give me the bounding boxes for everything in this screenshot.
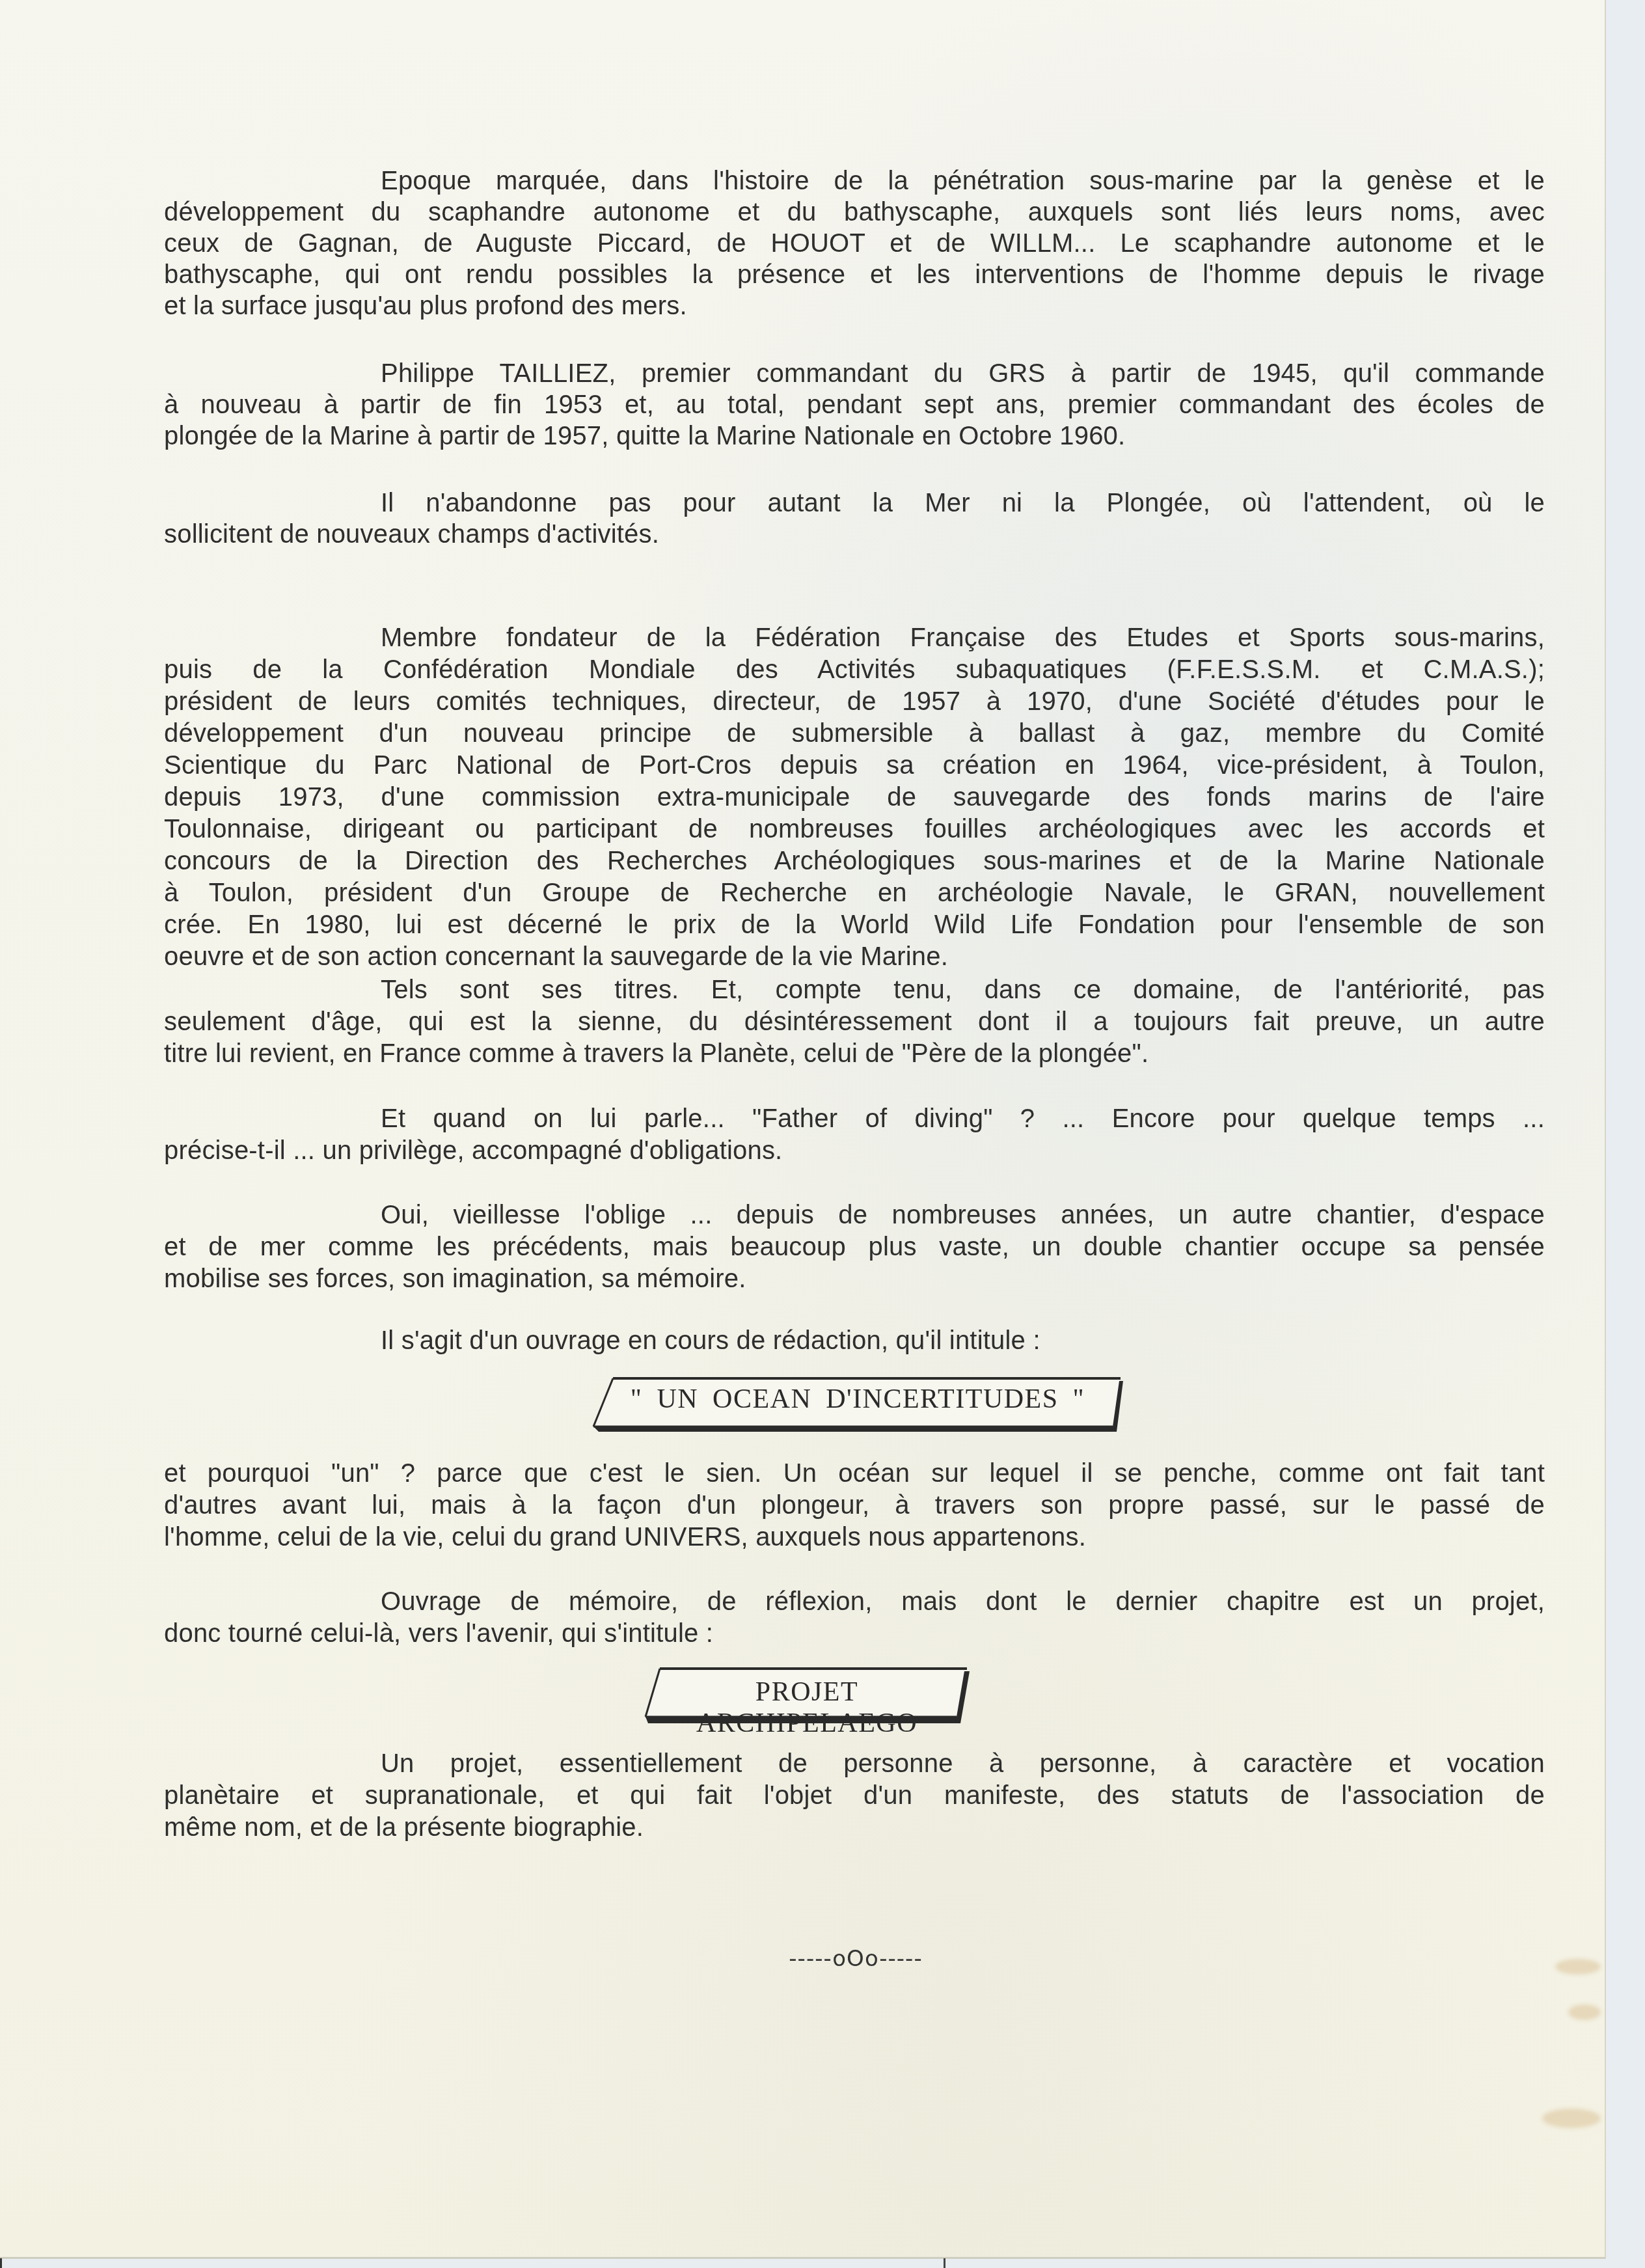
text-line: mobilise ses forces, son imagination, sa… <box>164 1263 1545 1294</box>
text-line: donc tourné celui-là, vers l'avenir, qui… <box>164 1618 1545 1649</box>
boxed-title-ocean-label: " UN OCEAN D'INCERTITUDES " <box>591 1384 1124 1415</box>
text-line: président de leurs comités techniques, d… <box>164 686 1545 717</box>
text-line: précise-t-il ... un privilège, accompagn… <box>164 1135 1545 1166</box>
text-line: d'autres avant lui, mais à la façon d'un… <box>164 1490 1545 1521</box>
text-line: et la surface jusqu'au plus profond des … <box>164 290 1545 321</box>
text-line: Toulonnaise, dirigeant ou participant de… <box>164 813 1545 845</box>
text-line: et de mer comme les précédents, mais bea… <box>164 1231 1545 1263</box>
text-line: Membre fondateur de la Fédération França… <box>381 622 1545 653</box>
text-line: Oui, vieillesse l'oblige ... depuis de n… <box>381 1199 1545 1231</box>
text-line: Il n'abandonne pas pour autant la Mer ni… <box>381 487 1545 519</box>
text-line: titre lui revient, en France comme à tra… <box>164 1038 1545 1069</box>
text-line: Et quand on lui parle... "Father of divi… <box>381 1103 1545 1134</box>
text-line: bathyscaphe, qui ont rendu possibles la … <box>164 259 1545 290</box>
paper-stain <box>1568 2004 1601 2020</box>
text-line: Ouvrage de mémoire, de réflexion, mais d… <box>381 1586 1545 1617</box>
text-line: à nouveau à partir de fin 1953 et, au to… <box>164 389 1545 420</box>
text-line: depuis 1973, d'une commission extra-muni… <box>164 782 1545 813</box>
scanned-page: Epoque marquée, dans l'histoire de la pé… <box>0 0 1606 2259</box>
text-line: crée. En 1980, lui est décerné le prix d… <box>164 909 1545 940</box>
text-line: Il s'agit d'un ouvrage en cours de rédac… <box>381 1325 1040 1356</box>
text-line: développement du scaphandre autonome et … <box>164 197 1545 228</box>
boxed-title-projet: PROJET ARCHIPELAEGO <box>643 1665 971 1723</box>
boxed-title-ocean: " UN OCEAN D'INCERTITUDES " <box>591 1374 1124 1430</box>
text-line: puis de la Confédération Mondiale des Ac… <box>164 654 1545 685</box>
text-line: développement d'un nouveau principe de s… <box>164 718 1545 749</box>
text-line: oeuvre et de son action concernant la sa… <box>164 941 1545 972</box>
section-divider: -----oOo----- <box>761 1946 950 1972</box>
scan-edge-mark <box>944 2258 945 2268</box>
text-line: Un projet, essentiellement de personne à… <box>381 1748 1545 1779</box>
text-line: et pourquoi "un" ? parce que c'est le si… <box>164 1458 1545 1489</box>
text-line: concours de la Direction des Recherches … <box>164 845 1545 877</box>
text-line: à Toulon, président d'un Groupe de Reche… <box>164 877 1545 909</box>
text-line: Scientique du Parc National de Port-Cros… <box>164 750 1545 781</box>
text-line: Epoque marquée, dans l'histoire de la pé… <box>381 165 1545 197</box>
text-line: même nom, et de la présente biographie. <box>164 1812 1545 1843</box>
paper-stain <box>1542 2109 1601 2128</box>
text-line: l'homme, celui de la vie, celui du grand… <box>164 1522 1545 1553</box>
text-line: Tels sont ses titres. Et, compte tenu, d… <box>381 974 1545 1005</box>
paper-stain <box>1555 1959 1601 1974</box>
text-line: Philippe TAILLIEZ, premier commandant du… <box>381 358 1545 389</box>
text-line: planètaire et supranationale, et qui fai… <box>164 1780 1545 1811</box>
text-line: plongée de la Marine à partir de 1957, q… <box>164 420 1545 452</box>
text-line: seulement d'âge, qui est la sienne, du d… <box>164 1006 1545 1037</box>
scan-edge-mark <box>0 2258 2 2268</box>
boxed-title-projet-label: PROJET ARCHIPELAEGO <box>643 1676 971 1739</box>
text-line: sollicitent de nouveaux champs d'activit… <box>164 519 1545 550</box>
text-line: ceux de Gagnan, de Auguste Piccard, de H… <box>164 228 1545 259</box>
